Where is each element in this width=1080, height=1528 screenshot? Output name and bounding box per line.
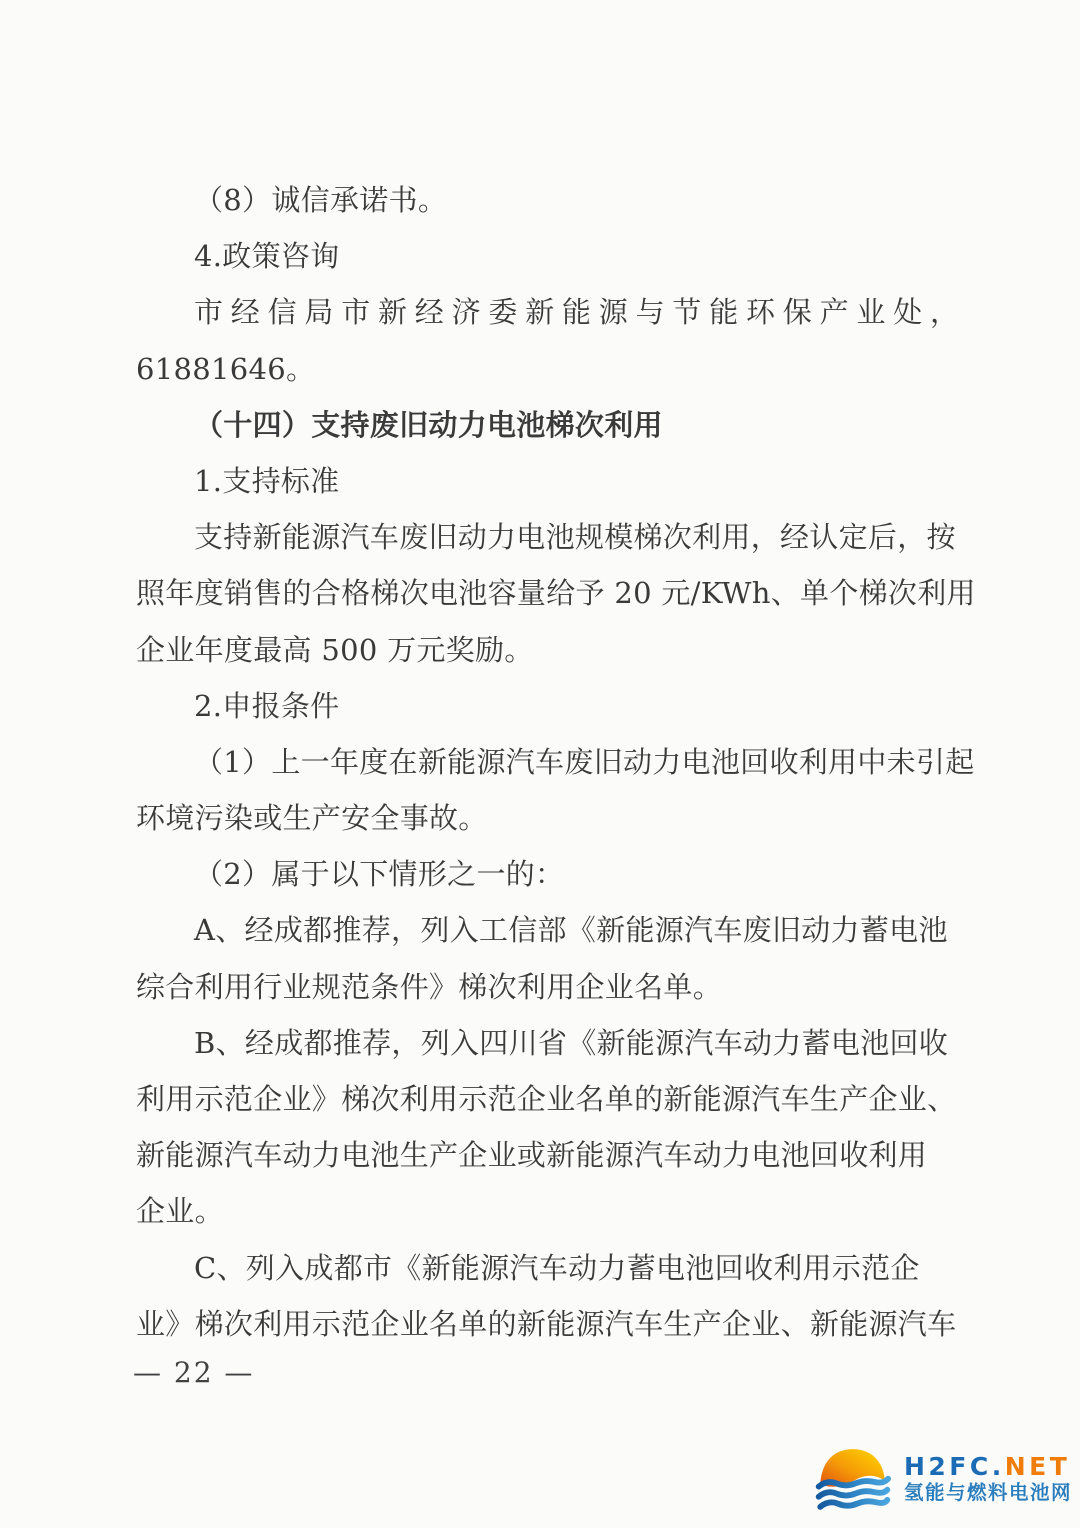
text-line: （十四）支持废旧动力电池梯次利用 [136, 397, 964, 453]
text-line: 支持新能源汽车废旧动力电池规模梯次利用，经认定后，按 [136, 509, 964, 565]
text-line: 利用示范企业》梯次利用示范企业名单的新能源汽车生产企业、 [136, 1071, 964, 1127]
text-line: C、列入成都市《新能源汽车动力蓄电池回收利用示范企 [136, 1240, 964, 1296]
text-line: 综合利用行业规范条件》梯次利用企业名单。 [136, 959, 964, 1015]
text-line: 业》梯次利用示范企业名单的新能源汽车生产企业、新能源汽车 [136, 1296, 964, 1352]
logo-text: H2FC.NET 氢能与燃料电池网 [904, 1454, 1072, 1503]
text-line: （1）上一年度在新能源汽车废旧动力电池回收利用中未引起 [136, 734, 964, 790]
text-line: 新能源汽车动力电池生产企业或新能源汽车动力电池回收利用 [136, 1127, 964, 1183]
text-line: 61881646。 [136, 341, 964, 397]
logo-title-blue: H2FC. [904, 1452, 1005, 1481]
logo-title-orange: NET [1005, 1452, 1071, 1481]
text-line: 企业。 [136, 1183, 964, 1239]
document-body: （8）诚信承诺书。4.政策咨询市经信局市新经济委新能源与节能环保产业处，6188… [136, 172, 964, 1352]
text-line: 市经信局市新经济委新能源与节能环保产业处， [136, 284, 964, 340]
text-line: 环境污染或生产安全事故。 [136, 790, 964, 846]
text-line: （8）诚信承诺书。 [136, 172, 964, 228]
text-line: 1.支持标准 [136, 453, 964, 509]
logo-subtitle: 氢能与燃料电池网 [904, 1483, 1072, 1503]
page-number: — 22 — [133, 1356, 254, 1389]
text-line: 4.政策咨询 [136, 228, 964, 284]
text-line: 照年度销售的合格梯次电池容量给予 20 元/KWh、单个梯次利用 [136, 565, 964, 621]
text-line: B、经成都推荐，列入四川省《新能源汽车动力蓄电池回收 [136, 1015, 964, 1071]
logo-title: H2FC.NET [904, 1454, 1072, 1479]
text-line: （2）属于以下情形之一的： [136, 846, 964, 902]
sun-waves-icon [814, 1442, 892, 1514]
site-watermark: H2FC.NET 氢能与燃料电池网 [814, 1442, 1072, 1514]
text-line: 企业年度最高 500 万元奖励。 [136, 622, 964, 678]
text-line: A、经成都推荐，列入工信部《新能源汽车废旧动力蓄电池 [136, 902, 964, 958]
text-line: 2.申报条件 [136, 678, 964, 734]
